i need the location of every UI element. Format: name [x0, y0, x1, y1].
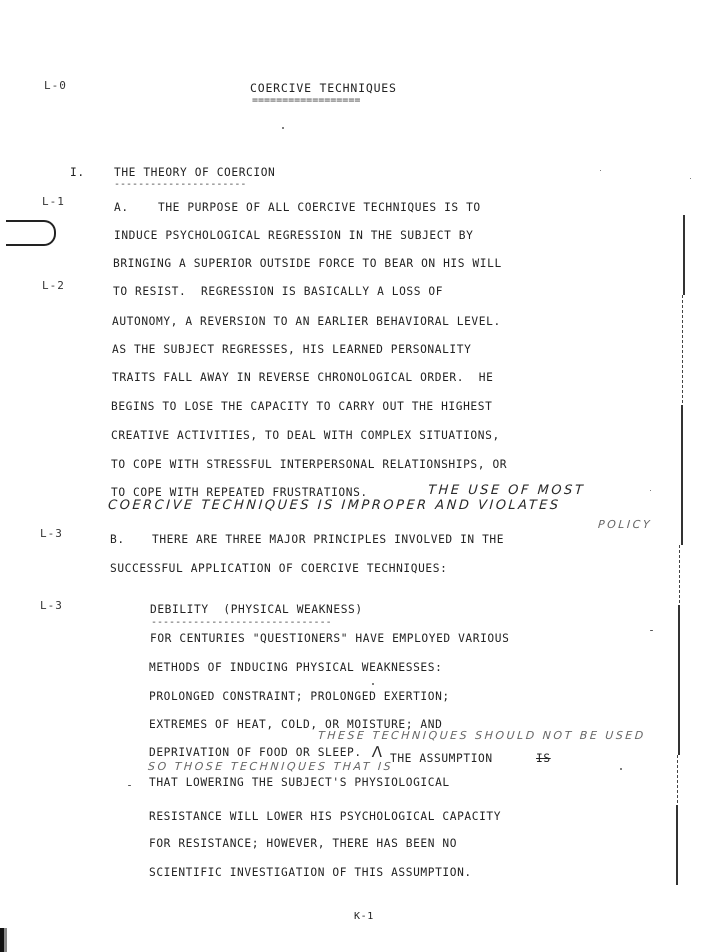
paragraph-b-line: SUCCESSFUL APPLICATION OF COERCIVE TECHN… [110, 562, 447, 576]
margin-label-l0: L-0 [44, 79, 67, 93]
debility-line: PROLONGED CONSTRAINT; PROLONGED EXERTION… [149, 690, 450, 704]
scan-speck [650, 490, 651, 491]
title-underline: ================== [252, 94, 360, 108]
paragraph-a-line: INDUCE PSYCHOLOGICAL REGRESSION IN THE S… [114, 229, 473, 243]
struck-word: IS [536, 752, 551, 766]
paragraph-a-line: AUTONOMY, A REVERSION TO AN EARLIER BEHA… [112, 315, 501, 329]
paragraph-a-line: BEGINS TO LOSE THE CAPACITY TO CARRY OUT… [111, 400, 492, 414]
paragraph-a-line: BRINGING A SUPERIOR OUTSIDE FORCE TO BEA… [113, 257, 502, 271]
margin-scan-line [679, 545, 680, 605]
margin-scan-line [683, 215, 685, 295]
margin-label-l1: L-1 [42, 195, 65, 209]
handwritten-note: THE USE OF MOST [427, 483, 585, 498]
debility-line: FOR RESISTANCE; HOWEVER, THERE HAS BEEN … [149, 837, 457, 851]
debility-line: DEPRIVATION OF FOOD OR SLEEP. [149, 746, 362, 760]
scan-speck [600, 170, 601, 171]
handwritten-insert: SO THOSE TECHNIQUES THAT IS [148, 760, 394, 773]
caret-insert-mark: Λ [371, 743, 385, 761]
debility-line: THE ASSUMPTION [390, 752, 493, 766]
section-numeral: I. [70, 166, 85, 180]
paragraph-a-line: TO COPE WITH STRESSFUL INTERPERSONAL REL… [111, 458, 507, 472]
margin-label-l2: L-2 [42, 279, 65, 293]
scan-speck [620, 768, 622, 770]
scan-speck [372, 683, 374, 685]
debility-heading: DEBILITY (PHYSICAL WEAKNESS) [150, 603, 363, 617]
handwritten-note: POLICY [598, 518, 653, 531]
margin-bracket-mark [6, 220, 56, 246]
margin-label-l3-b: L-3 [40, 527, 63, 541]
debility-line: THAT LOWERING THE SUBJECT'S PHYSIOLOGICA… [149, 776, 450, 790]
page-number: K-1 [354, 910, 374, 924]
scan-speck [282, 127, 284, 129]
margin-scan-line [682, 295, 683, 405]
handwritten-insert: THESE TECHNIQUES SHOULD NOT BE USED [318, 729, 647, 742]
margin-scan-line [681, 405, 683, 545]
handwritten-note: COERCIVE TECHNIQUES IS IMPROPER AND VIOL… [107, 498, 561, 513]
page-title: COERCIVE TECHNIQUES [250, 81, 397, 95]
scan-speck [650, 630, 653, 631]
margin-label-l3-debility: L-3 [40, 599, 63, 613]
paragraph-a-marker: A. [114, 201, 129, 215]
debility-line: FOR CENTURIES "QUESTIONERS" HAVE EMPLOYE… [150, 632, 509, 646]
paragraph-a-line: TO RESIST. REGRESSION IS BASICALLY A LOS… [113, 285, 443, 299]
paragraph-a-line: TRAITS FALL AWAY IN REVERSE CHRONOLOGICA… [112, 371, 493, 385]
debility-line: SCIENTIFIC INVESTIGATION OF THIS ASSUMPT… [149, 866, 472, 880]
scan-edge-mark [0, 928, 7, 952]
paragraph-a-line: CREATIVE ACTIVITIES, TO DEAL WITH COMPLE… [111, 429, 500, 443]
paragraph-a-line: AS THE SUBJECT REGRESSES, HIS LEARNED PE… [112, 343, 471, 357]
scan-speck [690, 178, 691, 179]
paragraph-b-line: THERE ARE THREE MAJOR PRINCIPLES INVOLVE… [152, 533, 504, 547]
margin-scan-line [678, 605, 680, 755]
paragraph-a-line: THE PURPOSE OF ALL COERCIVE TECHNIQUES I… [158, 201, 481, 215]
section-heading-underline: ---------------------- [114, 178, 246, 192]
margin-scan-line [677, 755, 678, 805]
debility-line: METHODS OF INDUCING PHYSICAL WEAKNESSES: [149, 661, 442, 675]
scan-speck [128, 785, 131, 786]
debility-heading-underline: ------------------------------ [151, 616, 332, 630]
debility-line: RESISTANCE WILL LOWER HIS PSYCHOLOGICAL … [149, 810, 501, 824]
margin-scan-line [676, 805, 678, 885]
paragraph-b-marker: B. [110, 533, 125, 547]
